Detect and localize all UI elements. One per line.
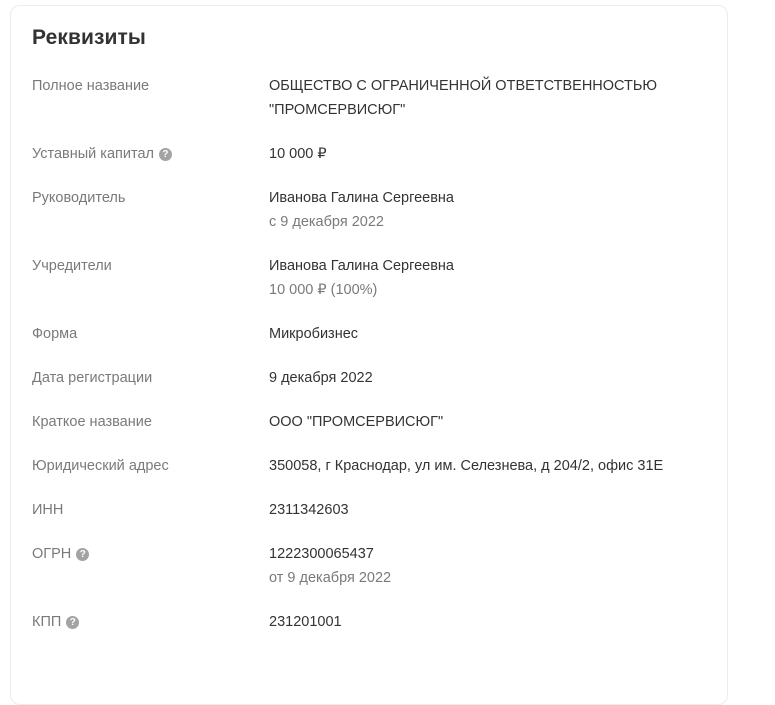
question-circle-icon[interactable]: ?	[159, 148, 172, 161]
label-kpp: КПП ?	[32, 610, 269, 634]
label-text: ОГРН	[32, 542, 71, 566]
value-inn: 2311342603	[269, 498, 712, 522]
ogrn-date: от 9 декабря 2022	[269, 566, 712, 590]
label-text: Дата регистрации	[32, 366, 152, 390]
label-authorized-capital: Уставный капитал ?	[32, 142, 269, 166]
row-founders: Учредители Иванова Галина Сергеевна 10 0…	[32, 254, 712, 302]
row-full-name: Полное название ОБЩЕСТВО С ОГРАНИЧЕННОЙ …	[32, 74, 712, 122]
row-registration-date: Дата регистрации 9 декабря 2022	[32, 366, 712, 390]
founder-name[interactable]: Иванова Галина Сергеевна	[269, 258, 454, 274]
requisites-list: Полное название ОБЩЕСТВО С ОГРАНИЧЕННОЙ …	[32, 74, 712, 654]
label-text: Краткое название	[32, 410, 152, 434]
label-text: Учредители	[32, 254, 112, 278]
label-text: Руководитель	[32, 186, 125, 210]
question-circle-icon[interactable]: ?	[76, 548, 89, 561]
row-ogrn: ОГРН ? 1222300065437 от 9 декабря 2022	[32, 542, 712, 590]
label-text: Юридический адрес	[32, 454, 169, 478]
label-text: ИНН	[32, 498, 63, 522]
row-short-name: Краткое название ООО "ПРОМСЕРВИСЮГ"	[32, 410, 712, 434]
value-form: Микробизнес	[269, 322, 712, 346]
question-circle-icon[interactable]: ?	[66, 616, 79, 629]
label-text: КПП	[32, 610, 61, 634]
director-since: с 9 декабря 2022	[269, 210, 712, 234]
row-authorized-capital: Уставный капитал ? 10 000 ₽	[32, 142, 712, 166]
value-director: Иванова Галина Сергеевна с 9 декабря 202…	[269, 186, 712, 234]
value-legal-address: 350058, г Краснодар, ул им. Селезнева, д…	[269, 454, 712, 478]
label-ogrn: ОГРН ?	[32, 542, 269, 566]
card-title: Реквизиты	[32, 26, 146, 50]
label-text: Уставный капитал	[32, 142, 154, 166]
row-director: Руководитель Иванова Галина Сергеевна с …	[32, 186, 712, 234]
label-director: Руководитель	[32, 186, 269, 210]
value-short-name: ООО "ПРОМСЕРВИСЮГ"	[269, 410, 712, 434]
value-founders: Иванова Галина Сергеевна 10 000 ₽ (100%)	[269, 254, 712, 302]
director-name[interactable]: Иванова Галина Сергеевна	[269, 190, 454, 206]
row-legal-address: Юридический адрес 350058, г Краснодар, у…	[32, 454, 712, 478]
value-full-name: ОБЩЕСТВО С ОГРАНИЧЕННОЙ ОТВЕТСТВЕННОСТЬЮ…	[269, 74, 669, 122]
ogrn-number: 1222300065437	[269, 546, 374, 562]
requisites-card: Реквизиты Полное название ОБЩЕСТВО С ОГР…	[10, 5, 728, 659]
value-authorized-capital: 10 000 ₽	[269, 142, 712, 166]
label-founders: Учредители	[32, 254, 269, 278]
label-full-name: Полное название	[32, 74, 269, 98]
label-registration-date: Дата регистрации	[32, 366, 269, 390]
label-short-name: Краткое название	[32, 410, 269, 434]
value-kpp: 231201001	[269, 610, 712, 634]
row-form: Форма Микробизнес	[32, 322, 712, 346]
label-text: Полное название	[32, 74, 149, 98]
label-legal-address: Юридический адрес	[32, 454, 269, 478]
founder-share: 10 000 ₽ (100%)	[269, 278, 712, 302]
label-inn: ИНН	[32, 498, 269, 522]
label-form: Форма	[32, 322, 269, 346]
row-kpp: КПП ? 231201001	[32, 610, 712, 634]
value-registration-date: 9 декабря 2022	[269, 366, 712, 390]
label-text: Форма	[32, 322, 77, 346]
value-ogrn: 1222300065437 от 9 декабря 2022	[269, 542, 712, 590]
row-inn: ИНН 2311342603	[32, 498, 712, 522]
